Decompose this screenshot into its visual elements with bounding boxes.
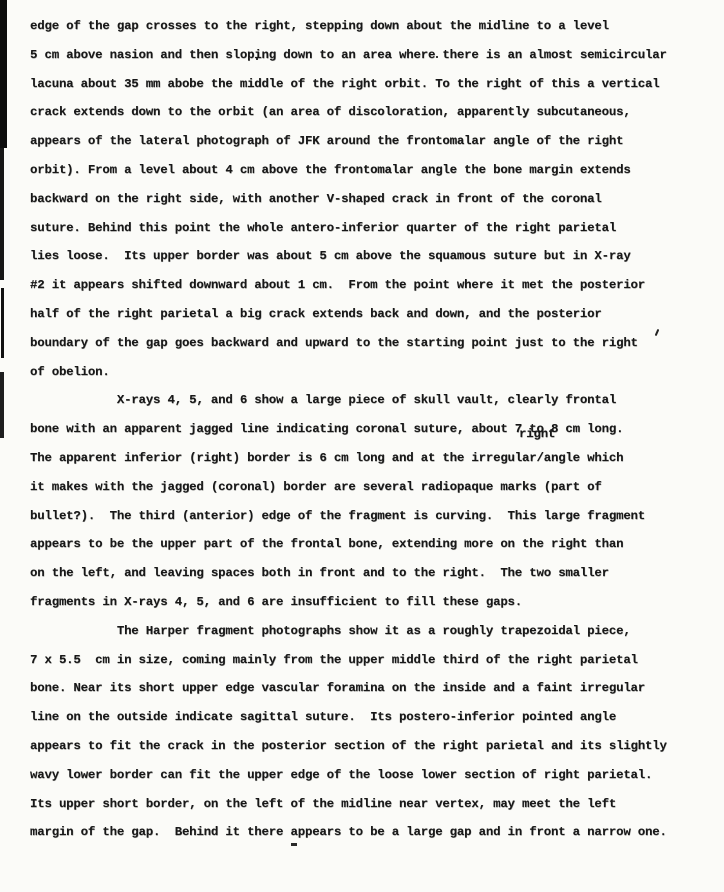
- text-line: appears to be the upper part of the fron…: [30, 530, 667, 559]
- text-line: The Harper fragment photographs show it …: [30, 617, 667, 646]
- text-line: The apparent inferior (right) border is …: [30, 444, 667, 473]
- text-line: lacuna about 35 mm abobe the middle of t…: [30, 70, 667, 99]
- text-line: bullet?). The third (anterior) edge of t…: [30, 502, 667, 531]
- scan-edge-artifact: [1, 288, 4, 358]
- text-line: half of the right parietal a big crack e…: [30, 300, 667, 329]
- text-line: appears to fit the crack in the posterio…: [30, 732, 667, 761]
- text-line: lies loose. Its upper border was about 5…: [30, 242, 667, 271]
- scan-edge-artifact: [0, 148, 4, 280]
- text-line: 5 cm above nasion and then sloping down …: [30, 41, 667, 70]
- text-line: edge of the gap crosses to the right, st…: [30, 12, 667, 41]
- text-line: X-rays 4, 5, and 6 show a large piece of…: [30, 386, 667, 415]
- text-line: #2 it appears shifted downward about 1 c…: [30, 271, 667, 300]
- text-line: margin of the gap. Behind it there appea…: [30, 818, 667, 847]
- text-line: appears of the lateral photograph of JFK…: [30, 127, 667, 156]
- text-line: crack extends down to the orbit (an area…: [30, 98, 667, 127]
- text-line: of obelion.: [30, 358, 667, 387]
- text-line: bone. Near its short upper edge vascular…: [30, 674, 667, 703]
- text-line: on the left, and leaving spaces both in …: [30, 559, 667, 588]
- text-line: orbit). From a level about 4 cm above th…: [30, 156, 667, 185]
- scan-edge-artifact: [0, 372, 4, 438]
- scan-edge-artifact: [0, 0, 7, 148]
- interlinear-insertion: right: [519, 427, 555, 441]
- text-line: fragments in X-rays 4, 5, and 6 are insu…: [30, 588, 667, 617]
- text-line: boundary of the gap goes backward and up…: [30, 329, 667, 358]
- text-line: Its upper short border, on the left of t…: [30, 790, 667, 819]
- text-line: wavy lower border can fit the upper edge…: [30, 761, 667, 790]
- document-text: edge of the gap crosses to the right, st…: [30, 12, 667, 847]
- text-line: line on the outside indicate sagittal su…: [30, 703, 667, 732]
- text-line: 7 x 5.5 cm in size, coming mainly from t…: [30, 646, 667, 675]
- text-line: it makes with the jagged (coronal) borde…: [30, 473, 667, 502]
- text-line: suture. Behind this point the whole ante…: [30, 214, 667, 243]
- text-line: bone with an apparent jagged line indica…: [30, 415, 667, 444]
- document-page: edge of the gap crosses to the right, st…: [0, 0, 724, 892]
- text-line: backward on the right side, with another…: [30, 185, 667, 214]
